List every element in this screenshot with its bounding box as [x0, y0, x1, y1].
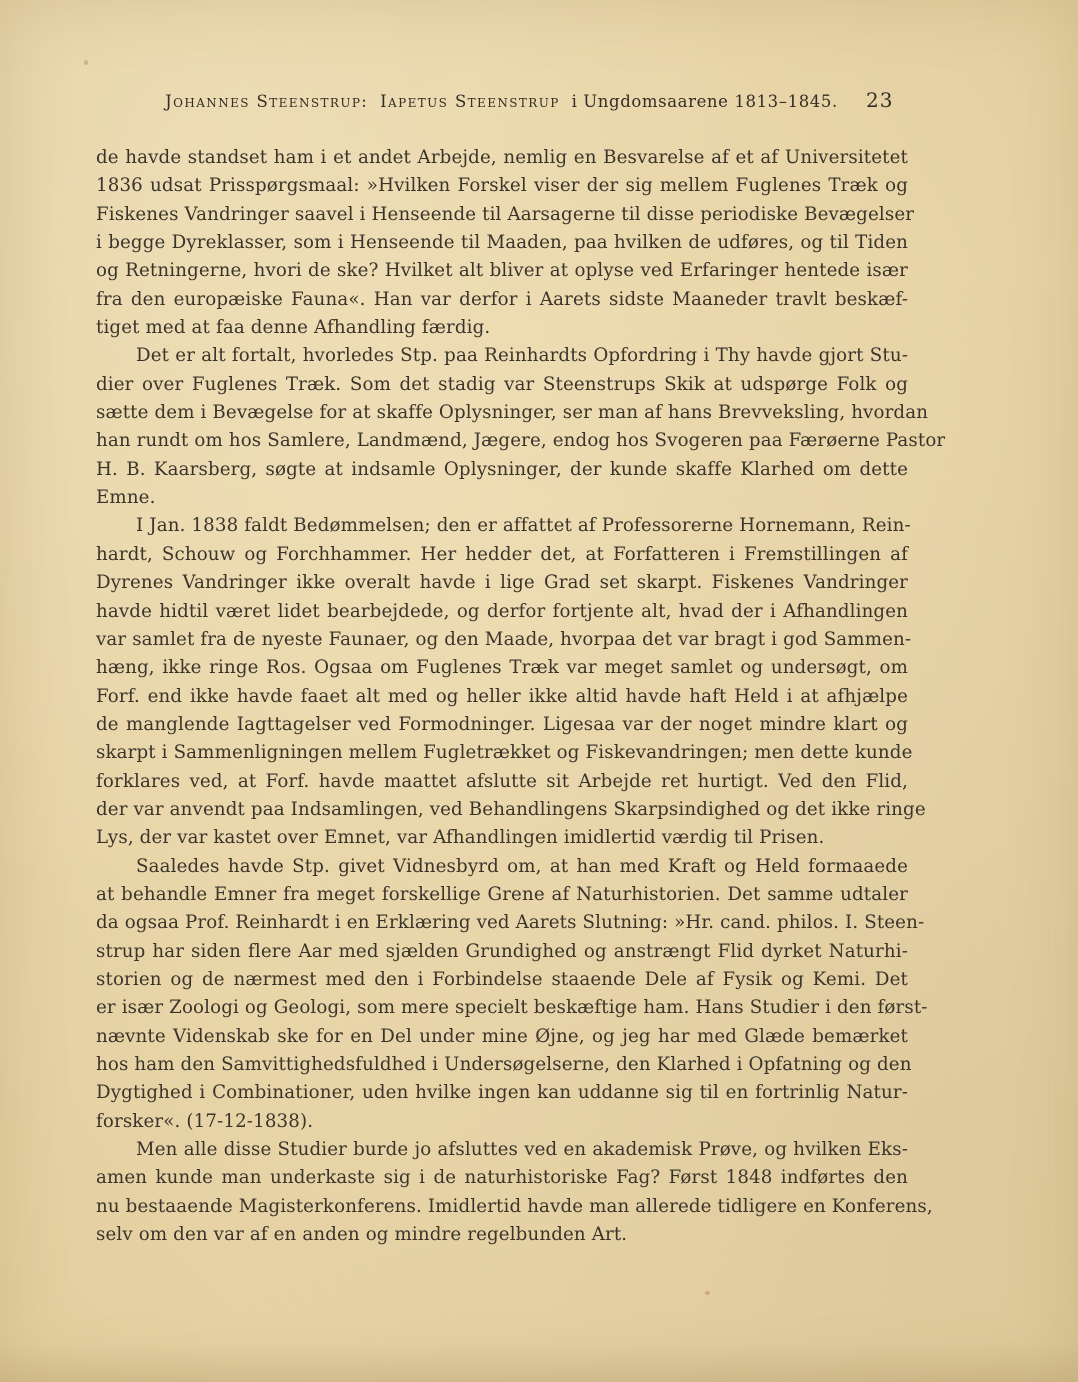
text-line: strup har siden flere Aar med sjælden Gr…: [96, 938, 908, 966]
text-line: dier over Fuglenes Træk. Som det stadig …: [96, 371, 908, 399]
text-line: hæng, ikke ringe Ros. Ogsaa om Fuglenes …: [96, 654, 908, 682]
text-line: han rundt om hos Samlere, Landmænd, Jæge…: [96, 427, 908, 455]
text-line: Det er alt fortalt, hvorledes Stp. paa R…: [96, 342, 908, 370]
text-line: H. B. Kaarsberg, søgte at indsamle Oplys…: [96, 456, 908, 484]
text-line: selv om den var af en anden og mindre re…: [96, 1221, 908, 1249]
text-line: 1836 udsat Prisspørgsmaal: »Hvilken Fors…: [96, 172, 908, 200]
text-line: nævnte Videnskab ske for en Del under mi…: [96, 1023, 908, 1051]
text-line: Dyrenes Vandringer ikke overalt havde i …: [96, 569, 908, 597]
text-line: at behandle Emner fra meget forskellige …: [96, 881, 908, 909]
text-line: da ogsaa Prof. Reinhardt i en Erklæring …: [96, 909, 908, 937]
header-work-title: Iapetus Steenstrup: [380, 92, 560, 111]
text-line: og Retningerne, hvori de ske? Hvilket al…: [96, 257, 908, 285]
page-body: de havde standset ham i et andet Arbejde…: [96, 144, 908, 1249]
text-line: Men alle disse Studier burde jo afslutte…: [96, 1136, 908, 1164]
text-line: Fiskenes Vandringer saavel i Henseende t…: [96, 201, 908, 229]
text-line: Saaledes havde Stp. givet Vidnesbyrd om,…: [96, 853, 908, 881]
text-line: hardt, Schouw og Forchhammer. Her hedder…: [96, 541, 908, 569]
text-line: forklares ved, at Forf. havde maattet af…: [96, 768, 908, 796]
text-line: havde hidtil været lidet bearbejdede, og…: [96, 598, 908, 626]
page-edge-shading: [0, 1342, 1078, 1382]
text-line: i begge Dyreklasser, som i Henseende til…: [96, 229, 908, 257]
text-line: sætte dem i Bevægelse for at skaffe Oply…: [96, 399, 908, 427]
page-number: 23: [866, 88, 893, 112]
text-line: nu bestaaende Magisterkonferens. Imidler…: [96, 1193, 908, 1221]
text-line: de manglende Iagttagelser ved Formodning…: [96, 711, 908, 739]
text-line: Dygtighed i Combinationer, uden hvilke i…: [96, 1079, 908, 1107]
text-line: Emne.: [96, 484, 908, 512]
scanned-page: Johannes Steenstrup: Iapetus Steenstrup …: [0, 0, 1078, 1382]
text-line: de havde standset ham i et andet Arbejde…: [96, 144, 908, 172]
paper-speck: [84, 60, 88, 65]
text-line: var samlet fra de nyeste Faunaer, og den…: [96, 626, 908, 654]
text-line: Lys, der var kastet over Emnet, var Afha…: [96, 824, 908, 852]
text-line: der var anvendt paa Indsamlingen, ved Be…: [96, 796, 908, 824]
text-line: hos ham den Samvittighedsfuldhed i Under…: [96, 1051, 908, 1079]
text-line: fra den europæiske Fauna«. Han var derfo…: [96, 286, 908, 314]
running-header: Johannes Steenstrup: Iapetus Steenstrup …: [95, 92, 908, 111]
text-line: skarpt i Sammenligningen mellem Fugletræ…: [96, 739, 908, 767]
text-line: er især Zoologi og Geologi, som mere spe…: [96, 994, 908, 1022]
header-subtitle: i Ungdomsaarene 1813–1845.: [572, 92, 838, 111]
text-line: storien og de nærmest med den i Forbinde…: [96, 966, 908, 994]
text-line: amen kunde man underkaste sig i de natur…: [96, 1164, 908, 1192]
text-line: tiget med at faa denne Afhandling færdig…: [96, 314, 908, 342]
text-line: I Jan. 1838 faldt Bedømmelsen; den er af…: [96, 512, 908, 540]
text-line: forsker«. (17-12-1838).: [96, 1108, 908, 1136]
paper-speck: [705, 1291, 710, 1295]
header-author: Johannes Steenstrup:: [165, 92, 368, 111]
text-line: Forf. end ikke havde faaet alt med og he…: [96, 683, 908, 711]
